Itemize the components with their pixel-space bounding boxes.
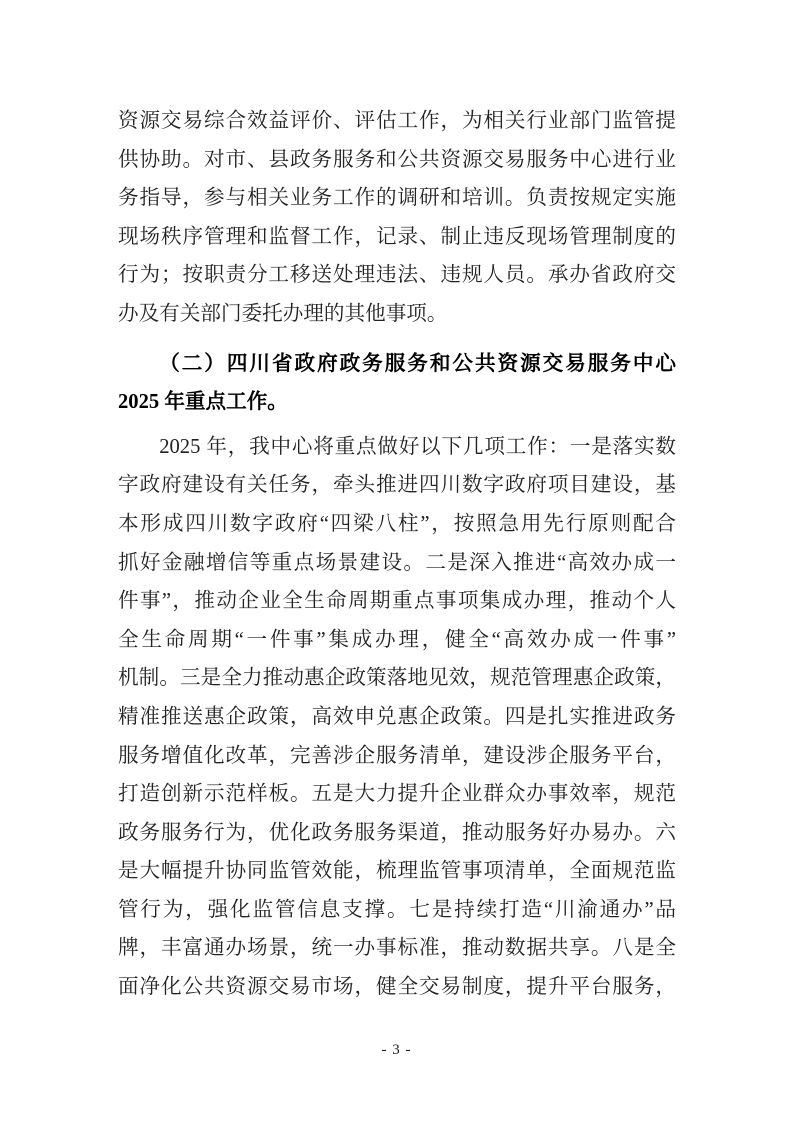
heading-line: （二）四川省政府政务服务和公共资源交易服务中心 — [118, 345, 676, 384]
body-line: 现场秩序管理和监督工作，记录、制止违反现场管理制度的 — [118, 218, 676, 257]
body-line: 抓好金融增信等重点场景建设。二是深入推进“高效办成一 — [118, 544, 676, 583]
body-line: 服务增值化改革，完善涉企服务清单，建设涉企服务平台， — [118, 737, 676, 776]
body-line: 管行为，强化监管信息支撑。七是持续打造“川渝通办”品 — [118, 891, 676, 930]
section-heading: （二）四川省政府政务服务和公共资源交易服务中心 2025 年重点工作。 — [118, 345, 676, 422]
paragraph-continuation: 资源交易综合效益评价、评估工作，为相关行业部门监管提 供协助。对市、县政务服务和… — [118, 102, 676, 334]
page-number: - 3 - — [382, 1042, 412, 1058]
body-line: 面净化公共资源交易市场，健全交易制度，提升平台服务， — [118, 968, 676, 1007]
body-line: 办及有关部门委托办理的其他事项。 — [118, 295, 676, 334]
body-line: 行为；按职责分工移送处理违法、违规人员。承办省政府交 — [118, 256, 676, 295]
body-line: 字政府建设有关任务，牵头推进四川数字政府项目建设，基 — [118, 466, 676, 505]
document-page: 资源交易综合效益评价、评估工作，为相关行业部门监管提 供协助。对市、县政务服务和… — [0, 0, 793, 1122]
body-line: 资源交易综合效益评价、评估工作，为相关行业部门监管提 — [118, 102, 676, 141]
body-line: 2025 年，我中心将重点做好以下几项工作：一是落实数 — [118, 428, 676, 467]
body-line: 件事”，推动企业全生命周期重点事项集成办理，推动个人 — [118, 582, 676, 621]
body-line: 务指导，参与相关业务工作的调研和培训。负责按规定实施 — [118, 179, 676, 218]
page-footer: - 3 - — [0, 1040, 793, 1060]
body-line: 牌，丰富通办场景，统一办事标准，推动数据共享。八是全 — [118, 929, 676, 968]
paragraph-main: 2025 年，我中心将重点做好以下几项工作：一是落实数 字政府建设有关任务，牵头… — [118, 428, 676, 1007]
body-line: 本形成四川数字政府“四梁八柱”，按照急用先行原则配合 — [118, 505, 676, 544]
body-text: 资源交易综合效益评价、评估工作，为相关行业部门监管提 供协助。对市、县政务服务和… — [118, 102, 676, 1007]
body-line: 全生命周期“一件事”集成办理，健全“高效办成一件事” — [118, 621, 676, 660]
body-line: 打造创新示范样板。五是大力提升企业群众办事效率，规范 — [118, 775, 676, 814]
heading-line: 2025 年重点工作。 — [118, 383, 676, 422]
body-line: 供协助。对市、县政务服务和公共资源交易服务中心进行业 — [118, 141, 676, 180]
body-line: 是大幅提升协同监管效能，梳理监管事项清单，全面规范监 — [118, 852, 676, 891]
body-line: 机制。三是全力推动惠企政策落地见效，规范管理惠企政策， — [118, 659, 676, 698]
body-line: 政务服务行为，优化政务服务渠道，推动服务好办易办。六 — [118, 814, 676, 853]
body-line: 精准推送惠企政策，高效申兑惠企政策。四是扎实推进政务 — [118, 698, 676, 737]
